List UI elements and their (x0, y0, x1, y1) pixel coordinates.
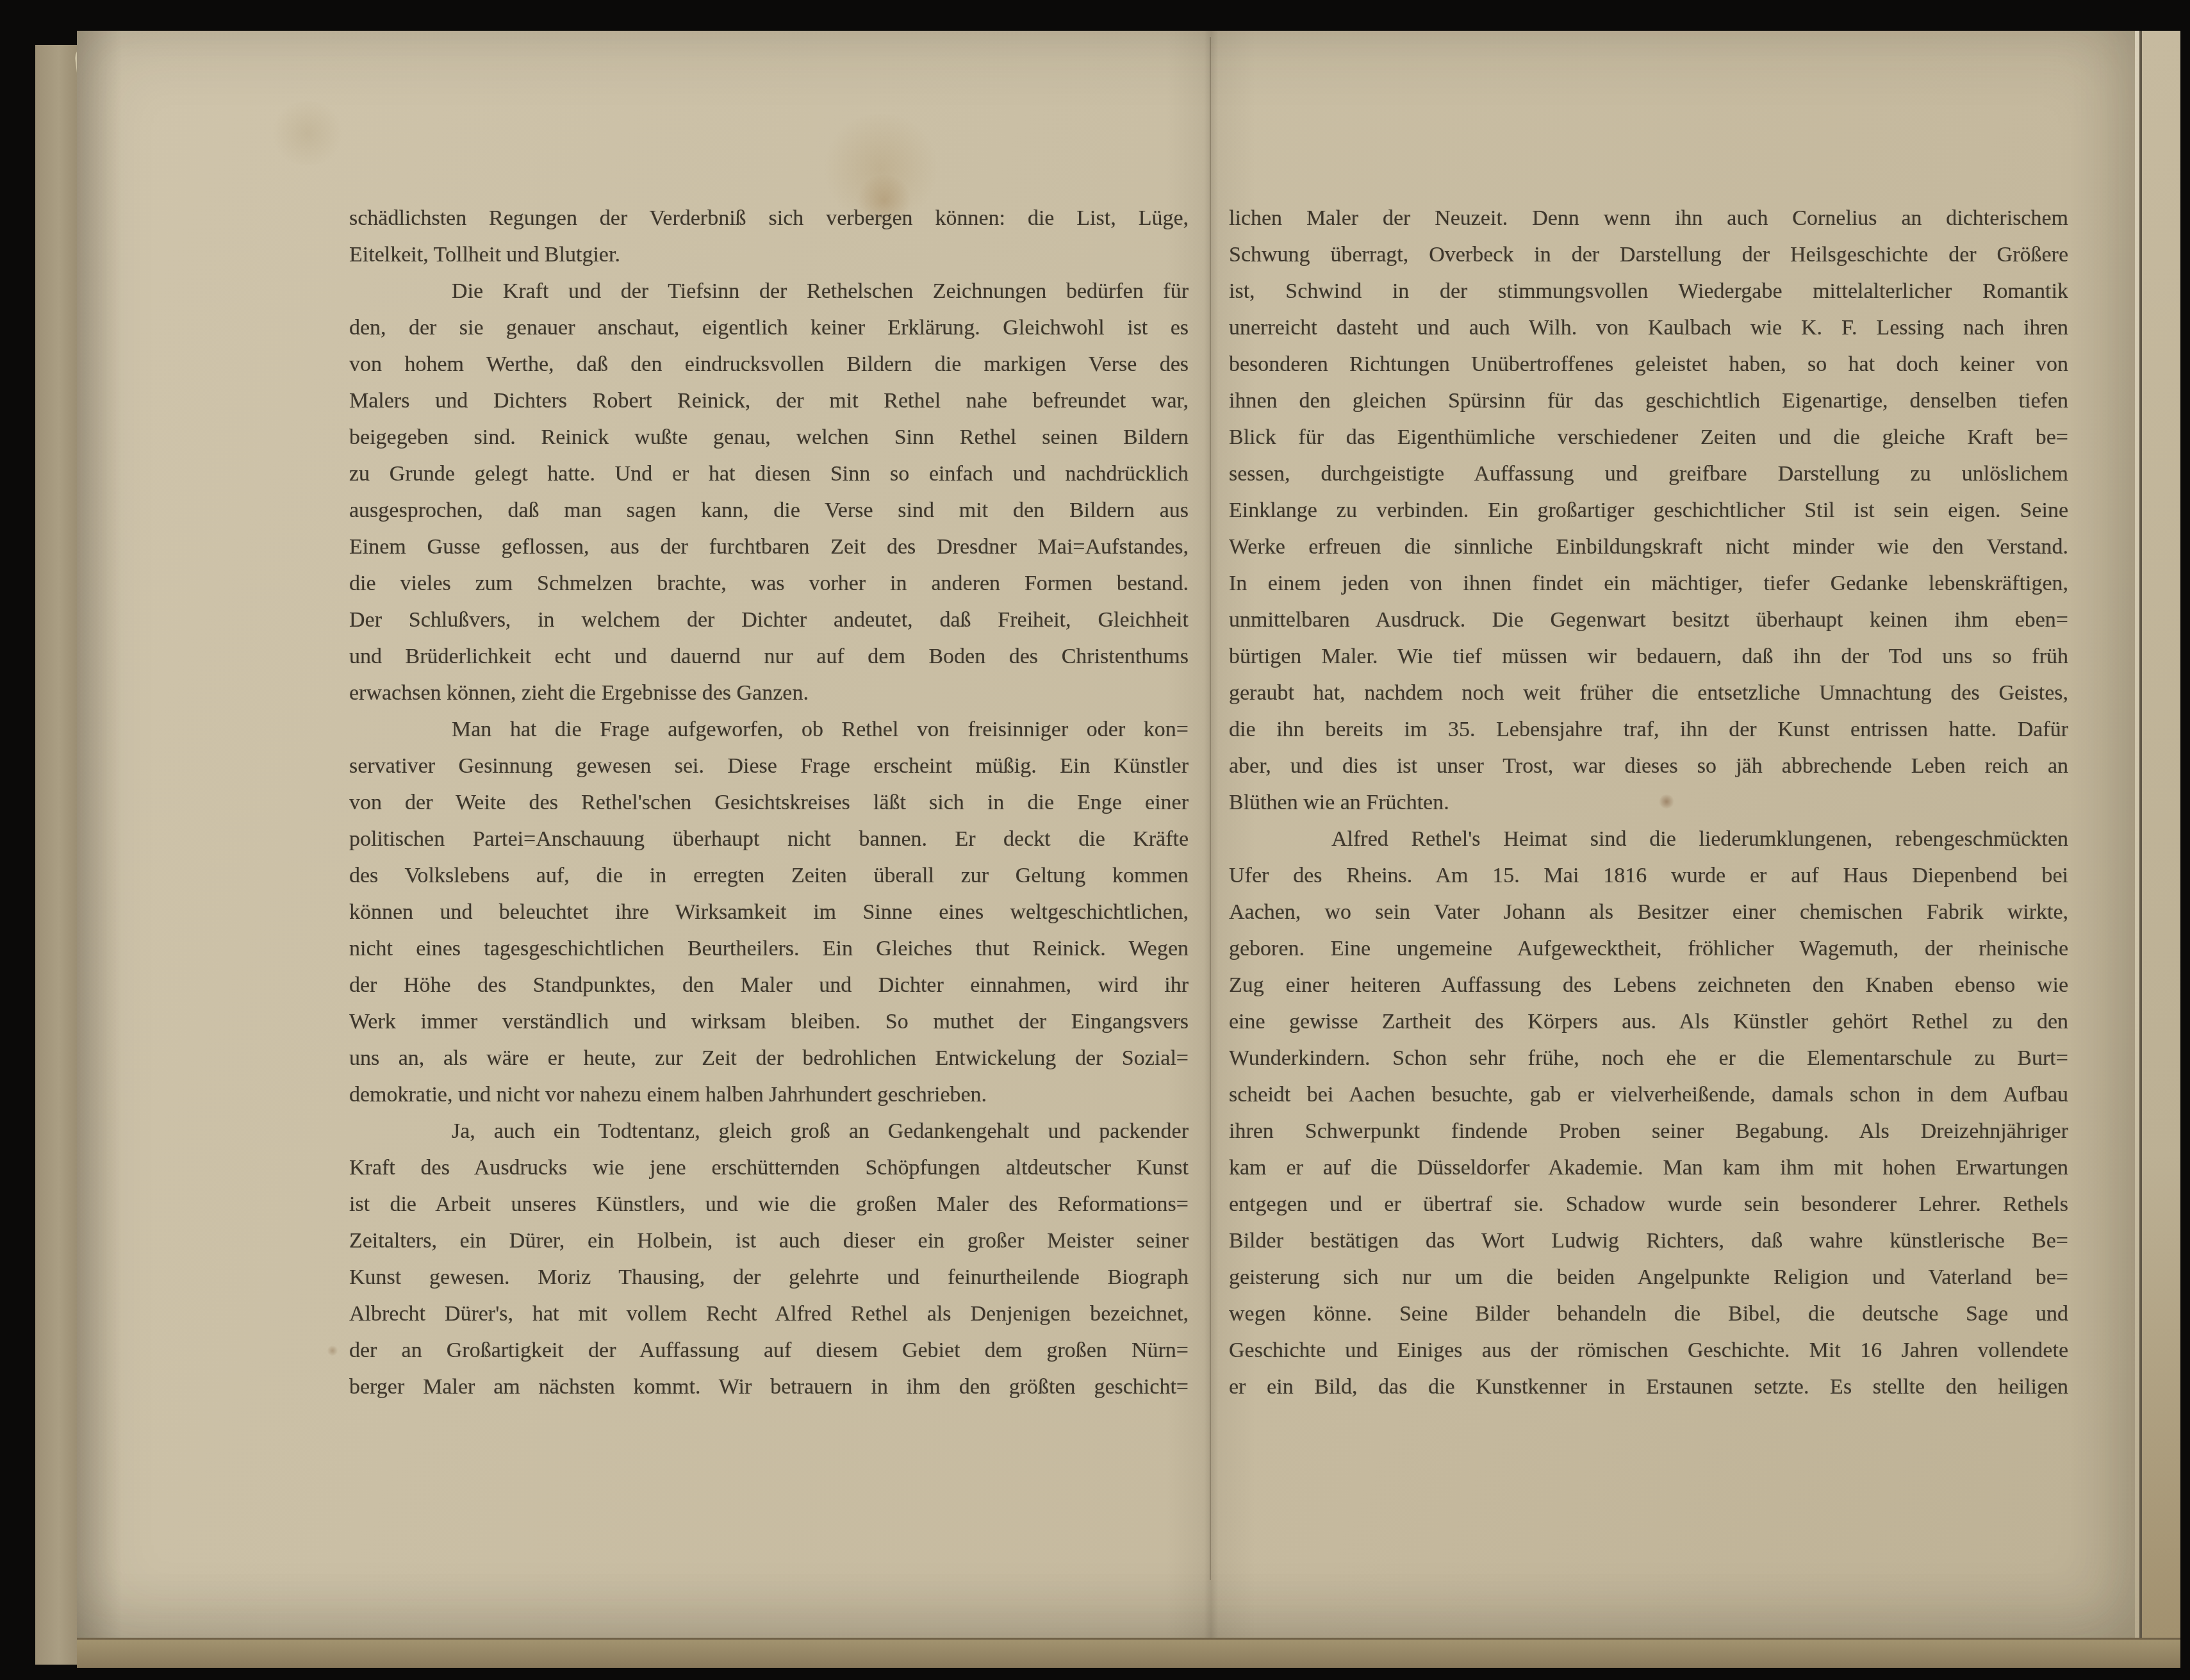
text-line: unerreicht dasteht und auch Wilh. von Ka… (1229, 309, 2068, 346)
text-line: Werk immer verständlich und wirksam blei… (349, 1003, 1189, 1040)
text-line: aber, und dies ist unser Trost, war dies… (1229, 748, 2068, 784)
text-line: Eitelkeit, Tollheit und Blutgier. (349, 236, 1189, 273)
text-line: Alfred Rethel's Heimat sind die liederum… (1229, 821, 2068, 857)
right-page-text-column: lichen Maler der Neuzeit. Denn wenn ihn … (1229, 200, 2068, 1405)
text-line: Der Schlußvers, in welchem der Dichter a… (349, 602, 1189, 638)
text-line: bürtigen Maler. Wie tief müssen wir beda… (1229, 638, 2068, 675)
page-edge-highlight (2135, 31, 2139, 1638)
text-line: geboren. Eine ungemeine Aufgewecktheit, … (1229, 930, 2068, 967)
text-line: scheidt bei Aachen besuchte, gab er viel… (1229, 1076, 2068, 1113)
text-line: erwachsen können, zieht die Ergebnisse d… (349, 675, 1189, 711)
text-line: und Brüderlichkeit echt und dauernd nur … (349, 638, 1189, 675)
text-line: geraubt hat, nachdem noch weit früher di… (1229, 675, 2068, 711)
text-line: entgegen und er übertraf sie. Schadow wu… (1229, 1186, 2068, 1223)
text-line: unmittelbaren Ausdruck. Die Gegenwart be… (1229, 602, 2068, 638)
text-line: ist, Schwind in der stimmungsvollen Wied… (1229, 273, 2068, 309)
text-line: wegen könne. Seine Bilder behandeln die … (1229, 1296, 2068, 1332)
text-line: von der Weite des Rethel'schen Gesichtsk… (349, 784, 1189, 821)
text-line: Wunderkindern. Schon sehr frühe, noch eh… (1229, 1040, 2068, 1076)
text-line: Kraft des Ausdrucks wie jene erschüttern… (349, 1149, 1189, 1186)
left-page-text-column: schädlichsten Regungen der Verderbniß si… (349, 200, 1189, 1405)
text-line: Ja, auch ein Todtentanz, gleich groß an … (349, 1113, 1189, 1149)
text-line: Malers und Dichters Robert Reinick, der … (349, 383, 1189, 419)
text-line: politischen Partei=Anschauung überhaupt … (349, 821, 1189, 857)
text-line: geisterung sich nur um die beiden Angelp… (1229, 1259, 2068, 1296)
text-line: des Volkslebens auf, die in erregten Zei… (349, 857, 1189, 894)
text-line: besonderen Richtungen Unübertroffenes ge… (1229, 346, 2068, 383)
page-edge-left (35, 45, 78, 1665)
text-line: nicht eines tagesgeschichtlichen Beurthe… (349, 930, 1189, 967)
text-line: Ufer des Rheins. Am 15. Mai 1816 wurde e… (1229, 857, 2068, 894)
text-line: uns an, als wäre er heute, zur Zeit der … (349, 1040, 1189, 1076)
text-line: servativer Gesinnung gewesen sei. Diese … (349, 748, 1189, 784)
text-line: der Höhe des Standpunktes, den Maler und… (349, 967, 1189, 1003)
text-line: von hohem Werthe, daß den eindrucksvolle… (349, 346, 1189, 383)
text-line: eine gewisse Zartheit des Körpers aus. A… (1229, 1003, 2068, 1040)
binding-shadow (77, 31, 122, 1638)
text-line: ihnen den gleichen Spürsinn für das gesc… (1229, 383, 2068, 419)
text-line: beigegeben sind. Reinick wußte genau, we… (349, 419, 1189, 456)
text-line: Blick für das Eigenthümliche verschieden… (1229, 419, 2068, 456)
text-line: In einem jeden von ihnen findet ein mäch… (1229, 565, 2068, 602)
text-line: berger Maler am nächsten kommt. Wir betr… (349, 1369, 1189, 1405)
paper-stain (269, 101, 346, 165)
text-line: sessen, durchgeistigte Auffassung und gr… (1229, 456, 2068, 492)
text-line: die ihn bereits im 35. Lebensjahre traf,… (1229, 711, 2068, 748)
text-line: Werke erfreuen die sinnliche Einbildungs… (1229, 529, 2068, 565)
text-line: der an Großartigkeit der Auffassung auf … (349, 1332, 1189, 1369)
text-line: zu Grunde gelegt hatte. Und er hat diese… (349, 456, 1189, 492)
page-edge-bottom (77, 1638, 2180, 1668)
text-line: Albrecht Dürer's, hat mit vollem Recht A… (349, 1296, 1189, 1332)
text-line: Bilder bestätigen das Wort Ludwig Richte… (1229, 1223, 2068, 1259)
text-line: demokratie, und nicht vor nahezu einem h… (349, 1076, 1189, 1113)
text-line: kam er auf die Düsseldorfer Akademie. Ma… (1229, 1149, 2068, 1186)
text-line: Kunst gewesen. Moriz Thausing, der geleh… (349, 1259, 1189, 1296)
text-line: können und beleuchtet ihre Wirksamkeit i… (349, 894, 1189, 930)
text-line: Blüthen wie an Früchten. (1229, 784, 2068, 821)
page-gutter-line (1210, 37, 1211, 1580)
text-line: Man hat die Frage aufgeworfen, ob Rethel… (349, 711, 1189, 748)
text-line: Zug einer heiteren Auffassung des Lebens… (1229, 967, 2068, 1003)
text-line: Aachen, wo sein Vater Johann als Besitze… (1229, 894, 2068, 930)
text-line: Zeitalters, ein Dürer, ein Holbein, ist … (349, 1223, 1189, 1259)
text-line: ausgesprochen, daß man sagen kann, die V… (349, 492, 1189, 529)
text-line: ist die Arbeit unseres Künstlers, und wi… (349, 1186, 1189, 1223)
text-line: Schwung überragt, Overbeck in der Darste… (1229, 236, 2068, 273)
text-line: Einklange zu verbinden. Ein großartiger … (1229, 492, 2068, 529)
text-line: lichen Maler der Neuzeit. Denn wenn ihn … (1229, 200, 2068, 236)
text-line: schädlichsten Regungen der Verderbniß si… (349, 200, 1189, 236)
text-line: Einem Gusse geflossen, aus der furchtbar… (349, 529, 1189, 565)
text-line: Geschichte und Einiges aus der römischen… (1229, 1332, 2068, 1369)
text-line: die vieles zum Schmelzen brachte, was vo… (349, 565, 1189, 602)
text-line: er ein Bild, das die Kunstkenner in Erst… (1229, 1369, 2068, 1405)
text-line: Die Kraft und der Tiefsinn der Rethelsch… (349, 273, 1189, 309)
page-edges-right (2142, 31, 2180, 1638)
text-line: den, der sie genauer anschaut, eigentlic… (349, 309, 1189, 346)
text-line: ihren Schwerpunkt findende Proben seiner… (1229, 1113, 2068, 1149)
